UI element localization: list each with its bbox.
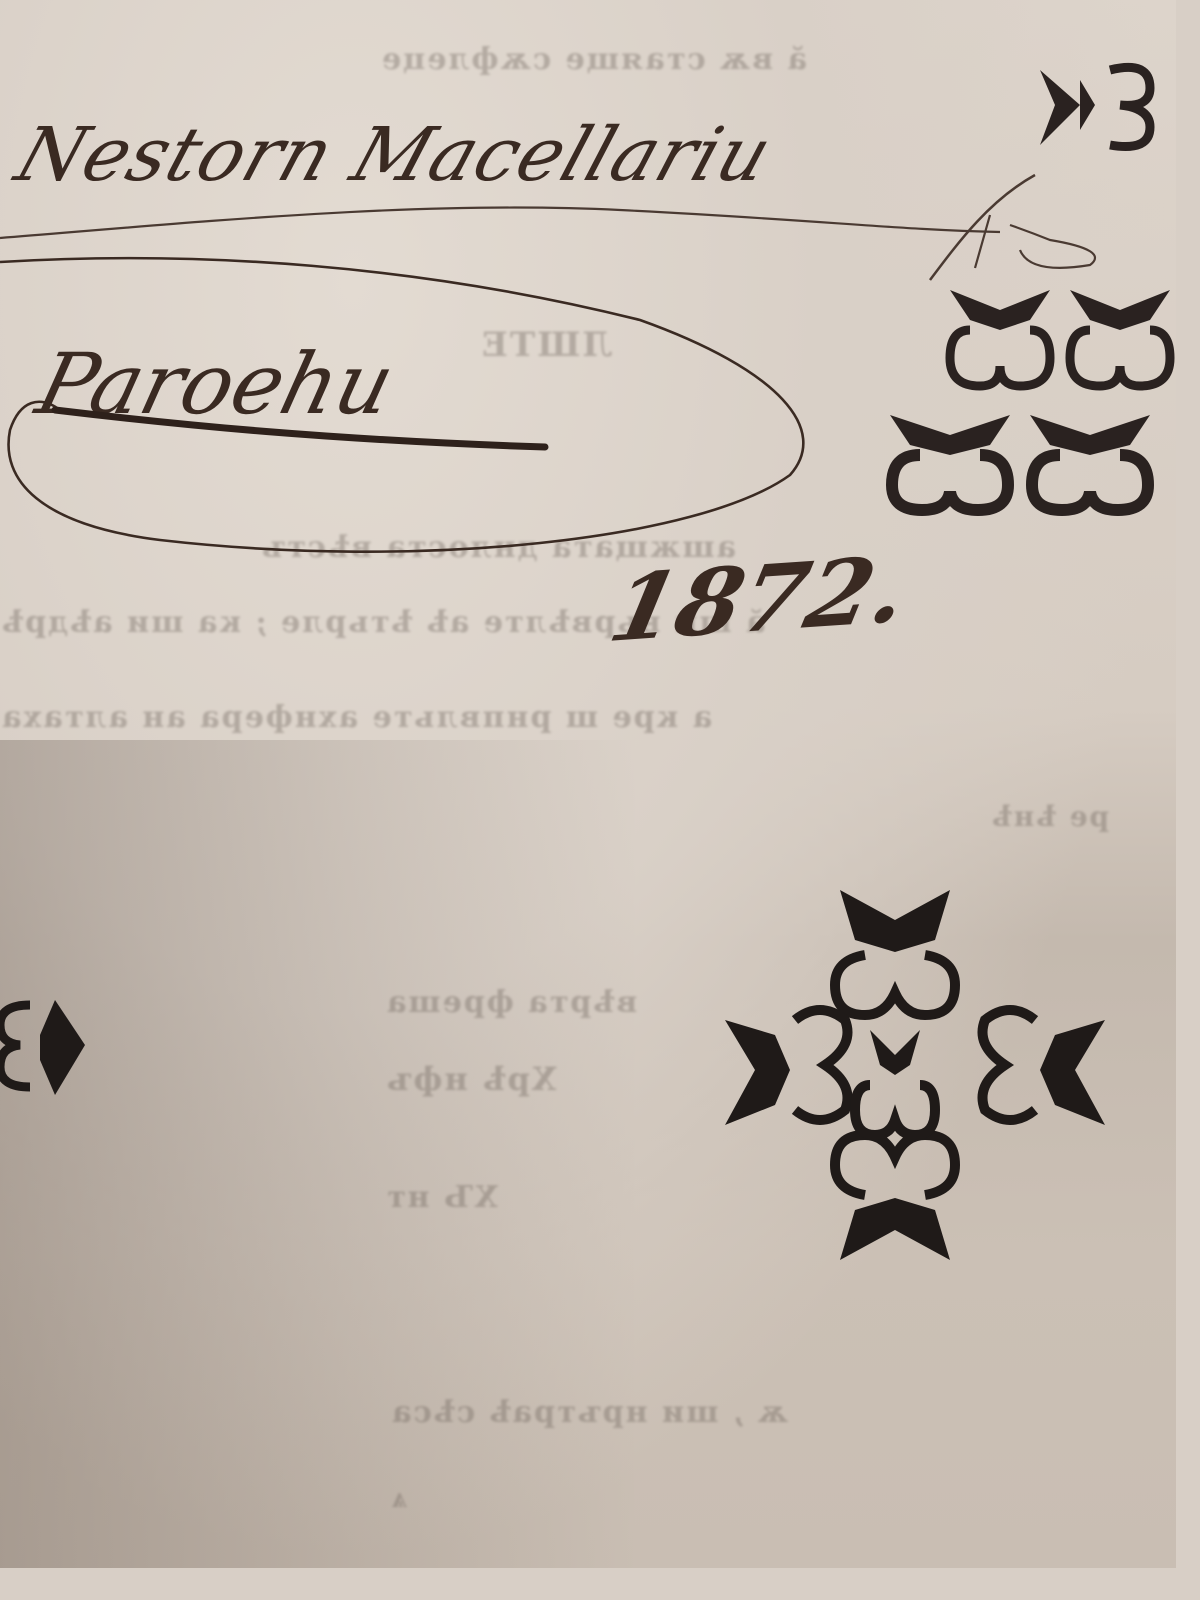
document-page: ӑ вѫ стаяще сѫфлеце ЛШТЕ ашжщата днлоста… [0, 0, 1176, 1568]
bleed-text-line: ѫ , ши нрътраѣ сѣса [390, 1395, 788, 1430]
handwritten-year: 1872. [601, 535, 918, 663]
bleed-text-line: ѧ [390, 1480, 407, 1515]
bleed-text-line: вѣрта фреша [385, 985, 637, 1020]
fleuron-left-edge [0, 990, 90, 1110]
fleuron-border-top-right [1040, 50, 1176, 170]
fleuron-row-right-2 [880, 395, 1176, 525]
bleed-text-line: Хрѣ нфъ [385, 1060, 557, 1098]
fleuron-row-right-1 [940, 270, 1176, 400]
bleed-text-line: ХЪ нт [385, 1180, 498, 1215]
page-shadow [0, 740, 640, 1568]
bleed-text-line: ре ѣнѣ [990, 800, 1109, 833]
bleed-text-line: а кре ш рнпвльте ахнфера ан алтаха [0, 700, 712, 735]
signature-underline [0, 0, 800, 480]
fleuron-cross-center-right [720, 880, 1110, 1270]
